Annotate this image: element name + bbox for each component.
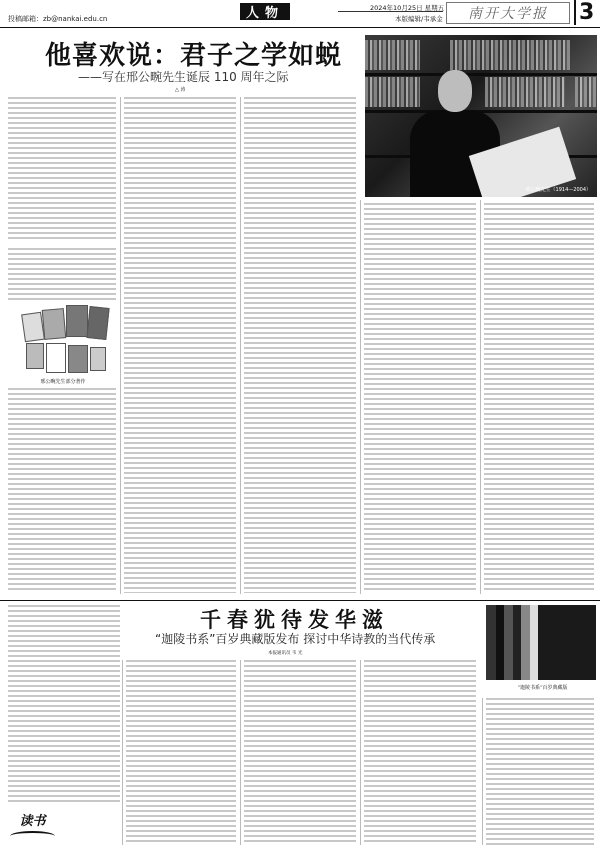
photo-caption: 邢公畹先生（1914—2004） (526, 186, 591, 193)
article-divider (0, 600, 600, 601)
issue-date: 2024年10月25日 星期五 (370, 3, 444, 12)
contact-email: 投稿邮箱：zb@nankai.edu.cn (8, 14, 107, 24)
article2-col3-text (244, 660, 356, 845)
article2-col1-text (8, 605, 120, 805)
section-tag: 人物 (240, 3, 290, 20)
article1-col5-text (484, 203, 594, 593)
article1-col1-text (8, 97, 116, 240)
article2-col4-text (364, 660, 476, 845)
article1-headline: 他喜欢说：君子之学如蜕 (45, 35, 365, 72)
masthead-logo: 南开大学报 (446, 2, 570, 24)
bookset-photo (486, 605, 596, 680)
article1-col4-text (364, 203, 476, 593)
article2-byline: 本报通讯员 韦 光 (268, 650, 302, 656)
article1-col3-text (244, 97, 356, 593)
bookset-caption: “迦陵书系”百岁典藏版 (490, 684, 595, 691)
reading-column-logo: 读书 (10, 810, 55, 844)
article2-col2-text (126, 660, 236, 845)
books-caption: 邢公畹先生部分著作 (18, 378, 108, 385)
article1-byline: △ 涛 (175, 86, 185, 93)
portrait-photo: 邢公畹先生（1914—2004） (365, 35, 597, 197)
page-number: 3 (574, 0, 598, 25)
article2-col5-text (486, 698, 594, 845)
header-divider (0, 27, 600, 28)
article2-subhead: “迦陵书系”百岁典藏版发布 探讨中华诗教的当代传承 (155, 630, 435, 647)
article1-col1-text-c (8, 388, 116, 593)
reading-logo-text: 读书 (10, 810, 55, 829)
article1-col1-text-b (8, 248, 116, 300)
article1-col2-text (124, 97, 236, 593)
books-photo (18, 305, 108, 375)
page-editor: 本版编辑/韦承金 (395, 14, 443, 23)
article1-subhead: ——写在邢公畹先生诞辰 110 周年之际 (78, 68, 289, 85)
